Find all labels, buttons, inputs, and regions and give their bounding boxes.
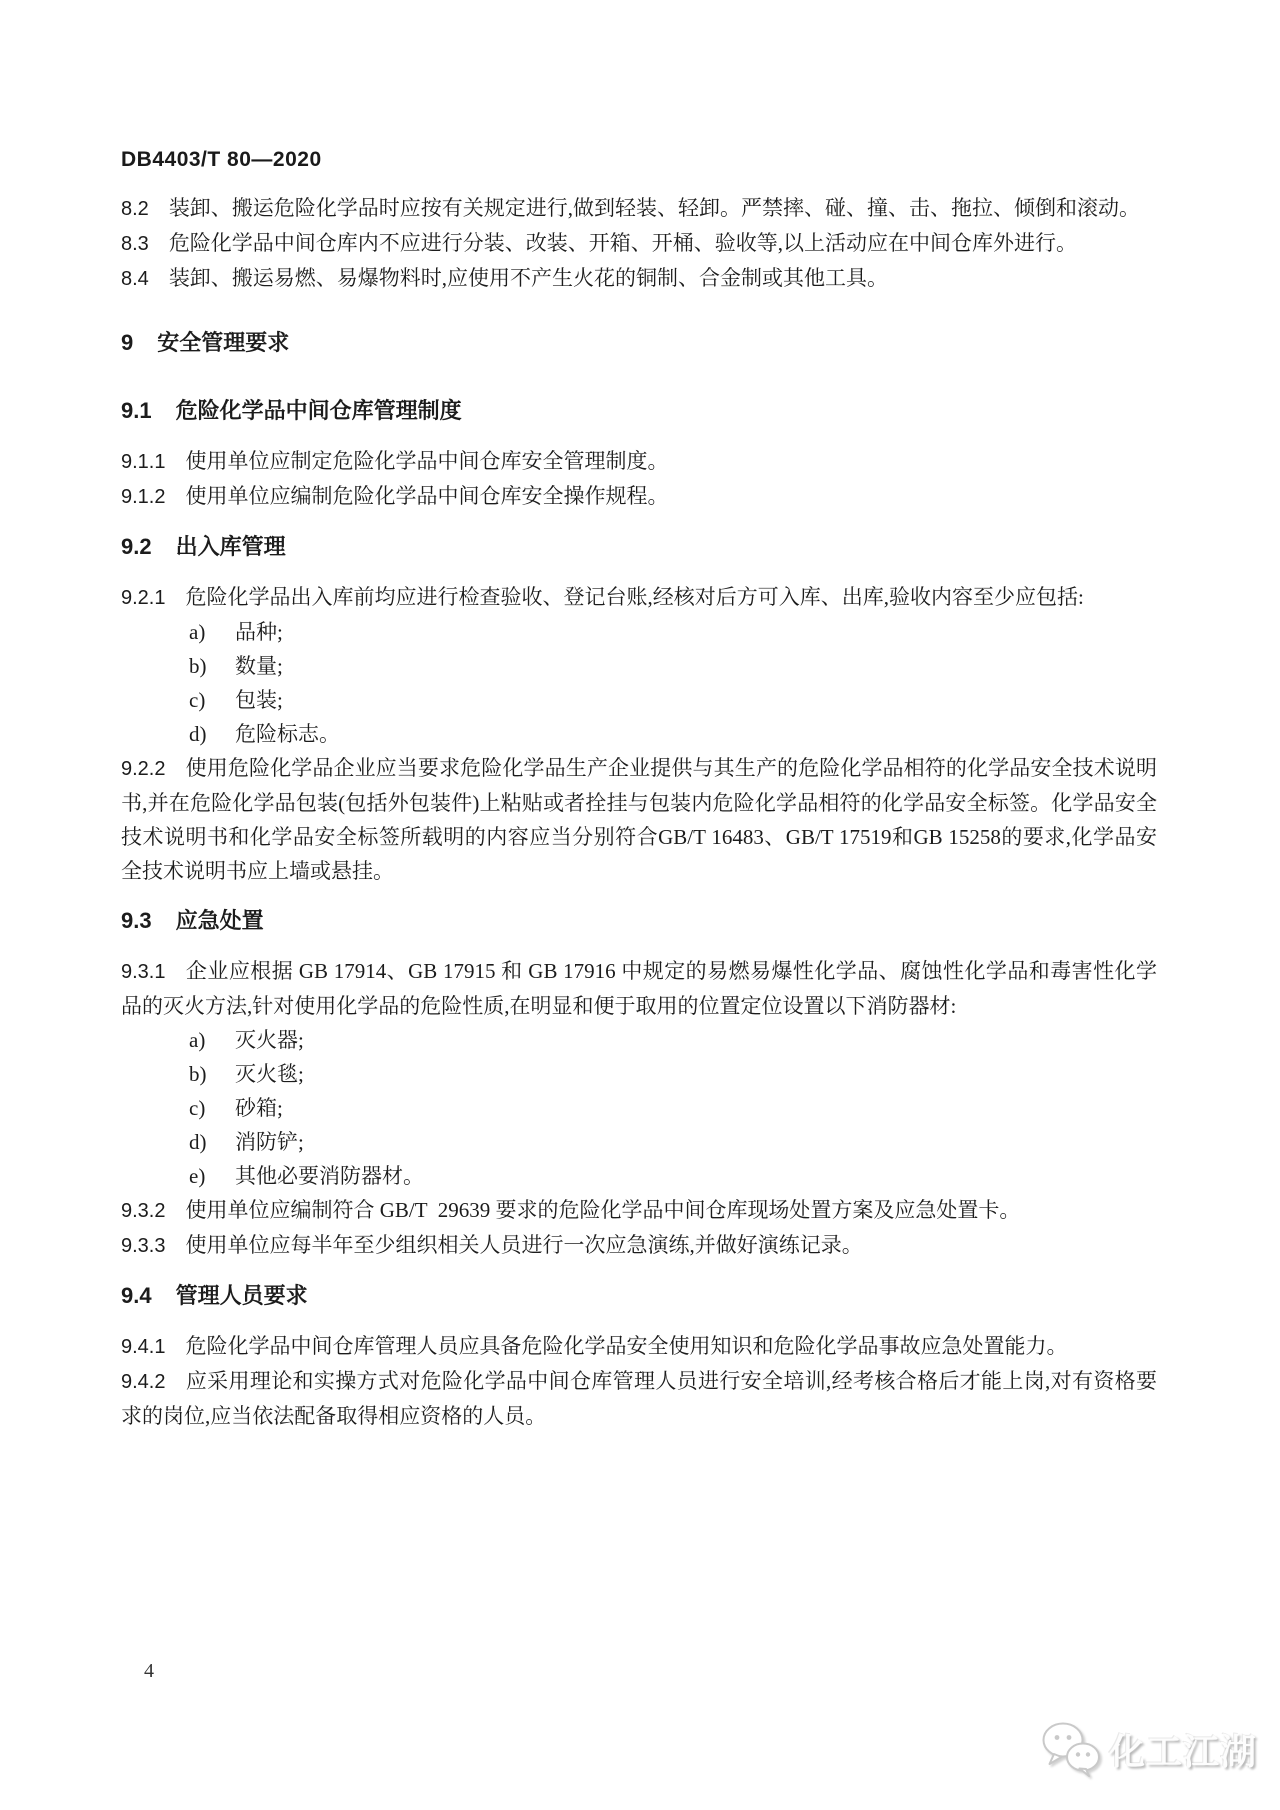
clause-9-1-2: 9.1.2使用单位应编制危险化学品中间仓库安全操作规程。 [121, 479, 1157, 514]
watermark-text: 化工江湖 [1109, 1724, 1257, 1775]
wechat-icon [1040, 1720, 1104, 1778]
clause-text: 使用单位应每半年至少组织相关人员进行一次应急演练,并做好演练记录。 [185, 1233, 862, 1257]
clause-number: 9.2.1 [121, 587, 165, 609]
list-marker: a) [189, 615, 235, 649]
clause-9-2-1: 9.2.1危险化学品出入库前均应进行检查验收、登记台账,经核对后方可入库、出库,… [121, 580, 1157, 615]
document-body: 8.2装卸、搬运危险化学品时应按有关规定进行,做到轻装、轻卸。严禁摔、碰、撞、击… [121, 191, 1157, 1433]
list-text: 灭火毯; [235, 1062, 304, 1086]
list-marker: d) [189, 1125, 235, 1159]
heading-text: 危险化学品中间仓库管理制度 [176, 398, 462, 423]
standard-number: DB4403/T 80—2020 [121, 148, 322, 172]
clause-number: 8.3 [121, 233, 149, 255]
list-marker: a) [189, 1023, 235, 1057]
page-number: 4 [144, 1660, 154, 1683]
clause-text: 装卸、搬运危险化学品时应按有关规定进行,做到轻装、轻卸。严禁摔、碰、撞、击、拖拉… [169, 196, 1140, 220]
heading-number: 9.4 [121, 1283, 152, 1308]
list-item-b: b)灭火毯; [121, 1057, 1157, 1091]
clause-number: 9.1.2 [121, 486, 165, 508]
clause-number: 9.3.2 [121, 1200, 165, 1222]
list-text: 砂箱; [235, 1096, 283, 1120]
section-heading-9-1: 9.1危险化学品中间仓库管理制度 [121, 394, 1157, 428]
clause-number: 9.1.1 [121, 451, 165, 473]
clause-text: 企业应根据 GB 17914、GB 17915 和 GB 17916 中规定的易… [121, 959, 1157, 1018]
clause-number: 9.4.2 [121, 1371, 165, 1393]
list-marker: e) [189, 1159, 235, 1193]
heading-text: 安全管理要求 [157, 330, 289, 355]
clause-8-3: 8.3危险化学品中间仓库内不应进行分装、改装、开箱、开桶、验收等,以上活动应在中… [121, 226, 1157, 261]
list-marker: c) [189, 1091, 235, 1125]
list-text: 灭火器; [235, 1028, 304, 1052]
list-marker: b) [189, 1057, 235, 1091]
heading-number: 9.1 [121, 398, 152, 423]
clause-9-3-2: 9.3.2使用单位应编制符合 GB/T 29639 要求的危险化学品中间仓库现场… [121, 1193, 1157, 1228]
list-item-c: c)砂箱; [121, 1091, 1157, 1125]
list-text: 包装; [235, 688, 283, 712]
clause-text: 危险化学品出入库前均应进行检查验收、登记台账,经核对后方可入库、出库,验收内容至… [185, 585, 1083, 609]
clause-9-2-2: 9.2.2使用危险化学品企业应当要求危险化学品生产企业提供与其生产的危险化学品相… [121, 751, 1157, 888]
clause-text: 危险化学品中间仓库管理人员应具备危险化学品安全使用知识和危险化学品事故应急处置能… [185, 1334, 1067, 1358]
clause-9-3-1: 9.3.1企业应根据 GB 17914、GB 17915 和 GB 17916 … [121, 954, 1157, 1023]
clause-9-1-1: 9.1.1使用单位应制定危险化学品中间仓库安全管理制度。 [121, 444, 1157, 479]
heading-number: 9.3 [121, 908, 152, 933]
list-marker: b) [189, 649, 235, 683]
watermark: 化工江湖 [1040, 1720, 1257, 1778]
clause-number: 8.4 [121, 268, 149, 290]
clause-9-4-2: 9.4.2应采用理论和实操方式对危险化学品中间仓库管理人员进行安全培训,经考核合… [121, 1364, 1157, 1433]
section-heading-9-2: 9.2出入库管理 [121, 530, 1157, 564]
list-text: 危险标志。 [235, 722, 340, 746]
heading-number: 9 [121, 330, 133, 355]
list-item-a: a)品种; [121, 615, 1157, 649]
list-item-a: a)灭火器; [121, 1023, 1157, 1057]
list-item-e: e)其他必要消防器材。 [121, 1159, 1157, 1193]
clause-text: 危险化学品中间仓库内不应进行分装、改装、开箱、开桶、验收等,以上活动应在中间仓库… [169, 231, 1077, 255]
clause-9-4-1: 9.4.1危险化学品中间仓库管理人员应具备危险化学品安全使用知识和危险化学品事故… [121, 1329, 1157, 1364]
clause-9-3-3: 9.3.3使用单位应每半年至少组织相关人员进行一次应急演练,并做好演练记录。 [121, 1228, 1157, 1263]
clause-text: 使用危险化学品企业应当要求危险化学品生产企业提供与其生产的危险化学品相符的化学品… [121, 756, 1157, 883]
list-text: 消防铲; [235, 1130, 304, 1154]
list-text: 其他必要消防器材。 [235, 1164, 424, 1188]
section-heading-9-3: 9.3应急处置 [121, 904, 1157, 938]
clause-text: 应采用理论和实操方式对危险化学品中间仓库管理人员进行安全培训,经考核合格后才能上… [121, 1369, 1157, 1428]
clause-text: 使用单位应制定危险化学品中间仓库安全管理制度。 [185, 449, 668, 473]
list-marker: c) [189, 683, 235, 717]
clause-number: 9.3.1 [121, 961, 165, 983]
clause-number: 8.2 [121, 198, 149, 220]
clause-8-2: 8.2装卸、搬运危险化学品时应按有关规定进行,做到轻装、轻卸。严禁摔、碰、撞、击… [121, 191, 1157, 226]
heading-text: 出入库管理 [176, 534, 286, 559]
clause-text: 使用单位应编制危险化学品中间仓库安全操作规程。 [185, 484, 668, 508]
clause-number: 9.3.3 [121, 1235, 165, 1257]
clause-8-4: 8.4装卸、搬运易燃、易爆物料时,应使用不产生火花的铜制、合金制或其他工具。 [121, 261, 1157, 296]
list-text: 品种; [235, 620, 283, 644]
clause-number: 9.2.2 [121, 758, 165, 780]
list-item-d: d)消防铲; [121, 1125, 1157, 1159]
list-item-d: d)危险标志。 [121, 717, 1157, 751]
heading-number: 9.2 [121, 534, 152, 559]
heading-text: 管理人员要求 [176, 1283, 308, 1308]
clause-text: 装卸、搬运易燃、易爆物料时,应使用不产生火花的铜制、合金制或其他工具。 [169, 266, 888, 290]
section-heading-9: 9安全管理要求 [121, 326, 1157, 360]
clause-text: 使用单位应编制符合 GB/T 29639 要求的危险化学品中间仓库现场处置方案及… [185, 1198, 1020, 1222]
list-text: 数量; [235, 654, 283, 678]
list-item-c: c)包装; [121, 683, 1157, 717]
section-heading-9-4: 9.4管理人员要求 [121, 1279, 1157, 1313]
document-page: DB4403/T 80—2020 8.2装卸、搬运危险化学品时应按有关规定进行,… [0, 0, 1280, 1810]
list-marker: d) [189, 717, 235, 751]
list-item-b: b)数量; [121, 649, 1157, 683]
clause-number: 9.4.1 [121, 1336, 165, 1358]
heading-text: 应急处置 [176, 908, 264, 933]
